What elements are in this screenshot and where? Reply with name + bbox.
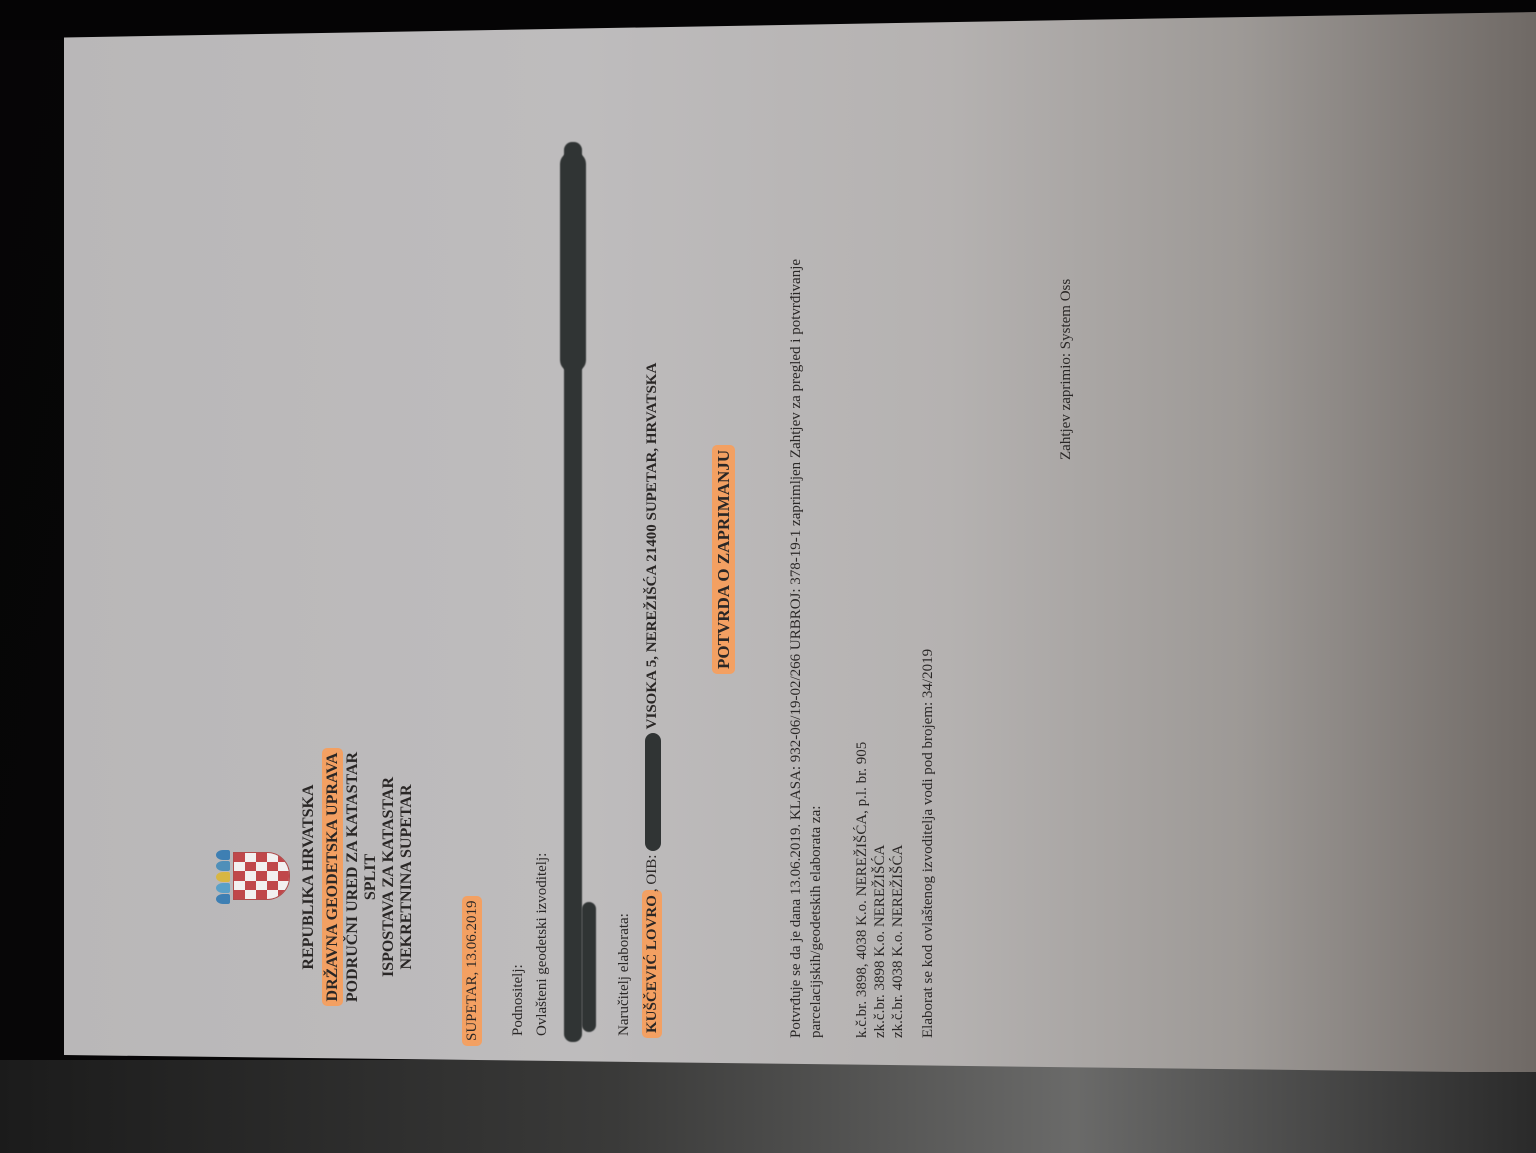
header-country: REPUBLIKA HRVATSKA <box>300 712 318 1042</box>
header-city: SPLIT <box>362 712 380 1042</box>
croatian-coat-of-arms-icon <box>216 850 288 904</box>
received-by: Zahtjev zaprimio: System Oss <box>1058 279 1075 460</box>
header-branch-name: NEKRETNINA SUPETAR <box>398 712 416 1042</box>
document-page: REPUBLIKA HRVATSKA DRŽAVNA GEODETSKA UPR… <box>64 12 1536 1072</box>
redaction-surveyor-extra <box>582 902 596 1032</box>
parcel-item: zk.č.br. 3898 K.o. NEREŽIŠĆA <box>872 845 889 1038</box>
client-address: VISOKA 5, NEREŽIŠĆA 21400 SUPETAR, HRVAT… <box>644 363 660 730</box>
place-date-text: SUPETAR, 13.06.2019 <box>464 898 480 1044</box>
redaction-oib <box>645 733 661 851</box>
document-title-text: POTVRDA O ZAPRIMANJU <box>714 447 733 672</box>
document-title: POTVRDA O ZAPRIMANJU <box>714 447 734 672</box>
submitter-label: Podnositelj: <box>510 964 527 1036</box>
surveyor-label: Ovlašteni geodetski izvoditelj: <box>534 853 551 1036</box>
parcel-item: k.č.br. 3898, 4038 K.o. NEREŽIŠĆA, p.l. … <box>854 742 871 1038</box>
client-oib-label: , OIB: <box>644 855 660 893</box>
header-office: PODRUČNI URED ZA KATASTAR <box>344 712 362 1042</box>
elaborat-note: Elaborat se kod ovlaštenog izvoditelja v… <box>920 649 937 1038</box>
confirmation-line-1: Potvrđuje se da je dana 13.06.2019. KLAS… <box>788 259 805 1038</box>
client-label: Naručitelj elaborata: <box>616 913 633 1036</box>
header-branch: ISPOSTAVA ZA KATASTAR <box>380 712 398 1042</box>
redaction-surveyor-wide <box>560 152 586 372</box>
confirmation-line-2: parcelacijskih/geodetskih elaborata za: <box>808 806 825 1038</box>
header-agency: DRŽAVNA GEODETSKA UPRAVA <box>324 712 342 1042</box>
parcel-item: zk.č.br. 4038 K.o. NEREŽIŠĆA <box>890 845 907 1038</box>
header-agency-text: DRŽAVNA GEODETSKA UPRAVA <box>324 750 341 1005</box>
place-date: SUPETAR, 13.06.2019 <box>464 898 481 1044</box>
client-name: KUŠČEVIĆ LOVRO <box>644 892 660 1036</box>
desk-surface <box>0 1060 1536 1153</box>
client-line: KUŠČEVIĆ LOVRO, OIB: VISOKA 5, NEREŽIŠĆA… <box>644 363 661 1036</box>
